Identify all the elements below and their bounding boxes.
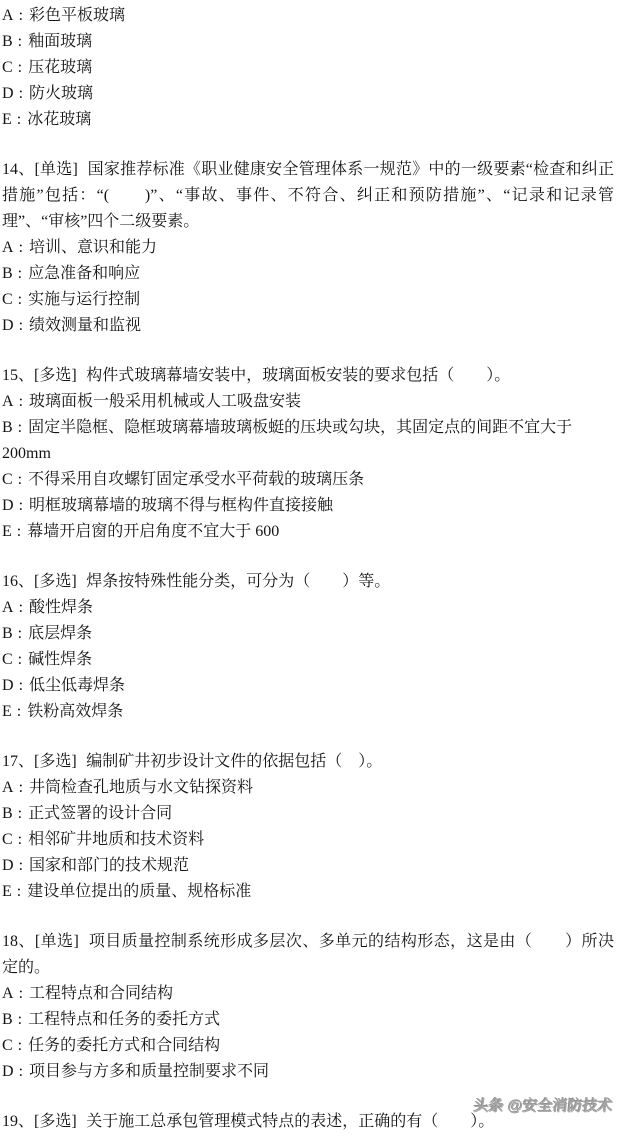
option-separator: : bbox=[13, 419, 28, 436]
option-separator: : bbox=[13, 59, 28, 76]
question-block: 17、[多选]编制矿井初步设计文件的依据包括（ ）。 A:井筒检查孔地质与水文钻… bbox=[2, 749, 614, 905]
option-text: 玻璃面板一般采用机械或人工吸盘安装 bbox=[29, 393, 301, 410]
option-separator: : bbox=[14, 599, 29, 616]
option-text: 幕墙开启窗的开启角度不宜大于 600 bbox=[27, 523, 279, 540]
option-row: C:不得采用自攻螺钉固定承受水平荷载的玻璃压条 bbox=[2, 467, 614, 493]
option-separator: : bbox=[13, 625, 28, 642]
option-text: 冰花玻璃 bbox=[27, 111, 91, 128]
option-row: D:国家和部门的技术规范 bbox=[2, 853, 614, 879]
question-type: [多选] bbox=[34, 1113, 77, 1130]
question-text: 国家推荐标准《职业健康安全管理体系一规范》中的一级要素“检查和纠正措施”包括：“… bbox=[2, 161, 614, 230]
question-stem: 14、[单选]国家推荐标准《职业健康安全管理体系一规范》中的一级要素“检查和纠正… bbox=[2, 157, 614, 235]
question-type: [单选] bbox=[34, 161, 77, 178]
question-block: 14、[单选]国家推荐标准《职业健康安全管理体系一规范》中的一级要素“检查和纠正… bbox=[2, 157, 614, 339]
question-block: 16、[多选]焊条按特殊性能分类，可分为（ ）等。 A:酸性焊条 B:底层焊条 … bbox=[2, 569, 614, 725]
question-block: A:彩色平板玻璃 B:釉面玻璃 C:压花玻璃 D:防火玻璃 E:冰花玻璃 bbox=[2, 3, 614, 133]
option-label: E bbox=[2, 111, 12, 128]
option-label: D bbox=[2, 85, 14, 102]
option-label: A bbox=[2, 985, 14, 1002]
question-text: 构件式玻璃幕墙安装中，玻璃面板安装的要求包括（ ）。 bbox=[86, 367, 510, 384]
option-row: D:项目参与方多和质量控制要求不同 bbox=[2, 1059, 614, 1085]
option-text: 绩效测量和监视 bbox=[29, 317, 141, 334]
question-type: [多选] bbox=[34, 753, 77, 770]
option-separator: : bbox=[14, 779, 29, 796]
option-separator: : bbox=[12, 883, 27, 900]
option-label: D bbox=[2, 857, 14, 874]
option-text: 相邻矿井地质和技术资料 bbox=[28, 831, 204, 848]
option-separator: : bbox=[14, 497, 29, 514]
option-row: C:实施与运行控制 bbox=[2, 287, 614, 313]
question-type: [多选] bbox=[34, 573, 77, 590]
question-type: [多选] bbox=[34, 367, 77, 384]
option-row: C:碱性焊条 bbox=[2, 647, 614, 673]
option-row: D:绩效测量和监视 bbox=[2, 313, 614, 339]
option-separator: : bbox=[13, 1011, 28, 1028]
option-text: 正式签署的设计合同 bbox=[28, 805, 172, 822]
option-text: 培训、意识和能力 bbox=[29, 239, 157, 256]
option-text: 应急准备和响应 bbox=[28, 265, 140, 282]
option-label: C bbox=[2, 291, 13, 308]
option-separator: : bbox=[14, 393, 29, 410]
option-separator: : bbox=[13, 831, 28, 848]
question-block: 15、[多选]构件式玻璃幕墙安装中，玻璃面板安装的要求包括（ ）。 A:玻璃面板… bbox=[2, 363, 614, 545]
option-label: A bbox=[2, 239, 14, 256]
option-row: A:培训、意识和能力 bbox=[2, 235, 614, 261]
option-separator: : bbox=[13, 651, 28, 668]
option-text: 固定半隐框、隐框玻璃幕墙玻璃板蜓的压块或勾块，其固定点的间距不宜大于 200mm bbox=[2, 419, 572, 462]
option-row: B:工程特点和任务的委托方式 bbox=[2, 1007, 614, 1033]
option-text: 釉面玻璃 bbox=[28, 33, 92, 50]
option-text: 底层焊条 bbox=[28, 625, 92, 642]
option-row: D:低尘低毒焊条 bbox=[2, 673, 614, 699]
option-row: B:釉面玻璃 bbox=[2, 29, 614, 55]
option-text: 任务的委托方式和合同结构 bbox=[28, 1037, 220, 1054]
option-label: A bbox=[2, 779, 14, 796]
option-text: 彩色平板玻璃 bbox=[29, 7, 125, 24]
option-text: 井筒检查孔地质与水文钻探资料 bbox=[29, 779, 253, 796]
option-row: E:冰花玻璃 bbox=[2, 107, 614, 133]
option-row: B:底层焊条 bbox=[2, 621, 614, 647]
option-row: D:明框玻璃幕墙的玻璃不得与框构件直接接触 bbox=[2, 493, 614, 519]
question-number: 19、 bbox=[2, 1113, 34, 1130]
question-number: 17、 bbox=[2, 753, 34, 770]
option-row: B:应急准备和响应 bbox=[2, 261, 614, 287]
option-separator: : bbox=[13, 291, 28, 308]
option-label: C bbox=[2, 59, 13, 76]
option-label: C bbox=[2, 831, 13, 848]
option-text: 不得采用自攻螺钉固定承受水平荷载的玻璃压条 bbox=[28, 471, 364, 488]
option-row: A:井筒检查孔地质与水文钻探资料 bbox=[2, 775, 614, 801]
option-separator: : bbox=[12, 523, 27, 540]
option-label: B bbox=[2, 33, 13, 50]
option-label: B bbox=[2, 419, 13, 436]
option-row: A:玻璃面板一般采用机械或人工吸盘安装 bbox=[2, 389, 614, 415]
question-text: 焊条按特殊性能分类，可分为（ ）等。 bbox=[86, 573, 390, 590]
option-text: 国家和部门的技术规范 bbox=[29, 857, 189, 874]
option-separator: : bbox=[14, 985, 29, 1002]
option-separator: : bbox=[14, 1063, 29, 1080]
option-label: E bbox=[2, 523, 12, 540]
question-text: 编制矿井初步设计文件的依据包括（ ）。 bbox=[86, 753, 382, 770]
option-row: C:任务的委托方式和合同结构 bbox=[2, 1033, 614, 1059]
option-separator: : bbox=[12, 703, 27, 720]
option-text: 压花玻璃 bbox=[28, 59, 92, 76]
option-row: D:防火玻璃 bbox=[2, 81, 614, 107]
option-text: 碱性焊条 bbox=[28, 651, 92, 668]
option-separator: : bbox=[12, 111, 27, 128]
option-text: 建设单位提出的质量、规格标准 bbox=[27, 883, 251, 900]
option-label: A bbox=[2, 599, 14, 616]
option-label: C bbox=[2, 471, 13, 488]
option-row: A:酸性焊条 bbox=[2, 595, 614, 621]
option-row: C:相邻矿井地质和技术资料 bbox=[2, 827, 614, 853]
option-row: A:工程特点和合同结构 bbox=[2, 981, 614, 1007]
option-separator: : bbox=[14, 857, 29, 874]
option-separator: : bbox=[14, 85, 29, 102]
question-stem: 18、[单选]项目质量控制系统形成多层次、多单元的结构形态，这是由（ ）所决定的… bbox=[2, 929, 614, 981]
option-row: B:正式签署的设计合同 bbox=[2, 801, 614, 827]
question-text: 项目质量控制系统形成多层次、多单元的结构形态，这是由（ ）所决定的。 bbox=[2, 933, 614, 976]
option-label: E bbox=[2, 703, 12, 720]
question-type: [单选] bbox=[35, 933, 79, 950]
option-text: 工程特点和任务的委托方式 bbox=[28, 1011, 220, 1028]
question-number: 15、 bbox=[2, 367, 34, 384]
question-block: 18、[单选]项目质量控制系统形成多层次、多单元的结构形态，这是由（ ）所决定的… bbox=[2, 929, 614, 1085]
question-text: 关于施工总承包管理模式特点的表述，正确的有（ ）。 bbox=[86, 1113, 494, 1130]
option-label: B bbox=[2, 265, 13, 282]
option-label: B bbox=[2, 625, 13, 642]
option-separator: : bbox=[13, 265, 28, 282]
option-text: 工程特点和合同结构 bbox=[29, 985, 173, 1002]
option-label: D bbox=[2, 497, 14, 514]
option-text: 实施与运行控制 bbox=[28, 291, 140, 308]
option-row: E:幕墙开启窗的开启角度不宜大于 600 bbox=[2, 519, 614, 545]
option-separator: : bbox=[13, 33, 28, 50]
option-text: 防火玻璃 bbox=[29, 85, 93, 102]
option-label: B bbox=[2, 1011, 13, 1028]
option-separator: : bbox=[14, 7, 29, 24]
toutiao-watermark: 头条 @安全消防技术 bbox=[473, 1094, 615, 1120]
option-separator: : bbox=[14, 677, 29, 694]
option-label: A bbox=[2, 7, 14, 24]
option-label: E bbox=[2, 883, 12, 900]
option-label: C bbox=[2, 651, 13, 668]
option-text: 铁粉高效焊条 bbox=[27, 703, 123, 720]
question-stem: 16、[多选]焊条按特殊性能分类，可分为（ ）等。 bbox=[2, 569, 614, 595]
option-label: D bbox=[2, 317, 14, 334]
option-label: D bbox=[2, 1063, 14, 1080]
option-label: A bbox=[2, 393, 14, 410]
option-label: B bbox=[2, 805, 13, 822]
option-text: 酸性焊条 bbox=[29, 599, 93, 616]
option-row: E:铁粉高效焊条 bbox=[2, 699, 614, 725]
option-text: 低尘低毒焊条 bbox=[29, 677, 125, 694]
question-number: 18、 bbox=[2, 933, 35, 950]
question-number: 16、 bbox=[2, 573, 34, 590]
option-separator: : bbox=[14, 239, 29, 256]
option-row: C:压花玻璃 bbox=[2, 55, 614, 81]
option-separator: : bbox=[13, 805, 28, 822]
option-label: C bbox=[2, 1037, 13, 1054]
option-label: D bbox=[2, 677, 14, 694]
option-text: 明框玻璃幕墙的玻璃不得与框构件直接接触 bbox=[29, 497, 333, 514]
option-row: A:彩色平板玻璃 bbox=[2, 3, 614, 29]
question-number: 14、 bbox=[2, 161, 34, 178]
option-separator: : bbox=[14, 317, 29, 334]
option-row: B:固定半隐框、隐框玻璃幕墙玻璃板蜓的压块或勾块，其固定点的间距不宜大于 200… bbox=[2, 415, 614, 467]
question-stem: 15、[多选]构件式玻璃幕墙安装中，玻璃面板安装的要求包括（ ）。 bbox=[2, 363, 614, 389]
option-row: E:建设单位提出的质量、规格标准 bbox=[2, 879, 614, 905]
option-text: 项目参与方多和质量控制要求不同 bbox=[29, 1063, 269, 1080]
option-separator: : bbox=[13, 471, 28, 488]
option-separator: : bbox=[13, 1037, 28, 1054]
question-stem: 17、[多选]编制矿井初步设计文件的依据包括（ ）。 bbox=[2, 749, 614, 775]
